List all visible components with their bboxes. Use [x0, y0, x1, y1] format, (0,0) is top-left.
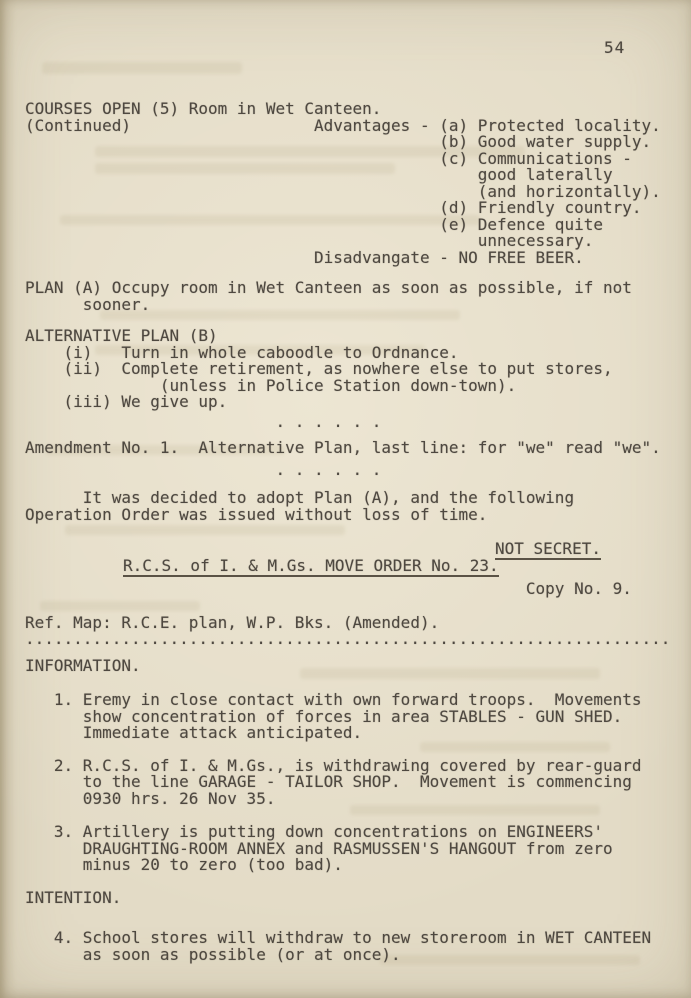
not-secret-text: NOT SECRET. — [495, 539, 601, 560]
intention-heading: INTENTION. — [25, 890, 685, 907]
intention-item-4-line-2: as soon as possible (or at once). — [25, 947, 685, 964]
section-separator-dots: . . . . . . — [25, 462, 685, 479]
plan-b-item-iii: (iii) We give up. — [25, 394, 685, 411]
scanned-document-page: { "page_number": "54", "colors": { "pape… — [0, 0, 691, 998]
decision-line-2: Operation Order was issued without loss … — [25, 507, 685, 524]
document-body: COURSES OPEN (5) Room in Wet Canteen. (C… — [25, 101, 685, 963]
info-item-2-line-3: 0930 hrs. 26 Nov 35. — [25, 791, 685, 808]
info-item-3-line-3: minus 20 to zero (too bad). — [25, 857, 685, 874]
plan-a-line-2: sooner. — [25, 297, 685, 314]
page-number: 54 — [604, 38, 625, 57]
info-item-1-line-3: Immediate attack anticipated. — [25, 725, 685, 742]
information-heading: INFORMATION. — [25, 658, 685, 675]
bleed-through-artifact — [42, 62, 242, 74]
copy-number-line: Copy No. 9. — [25, 581, 685, 598]
amendment-line: Amendment No. 1. Alternative Plan, last … — [25, 440, 685, 457]
dotted-rule: ........................................… — [25, 631, 685, 648]
section-separator-dots: . . . . . . — [25, 414, 685, 431]
disadvantage-line: Disadvangate - NO FREE BEER. — [25, 250, 685, 267]
move-order-title-text: R.C.S. of I. & M.Gs. MOVE ORDER No. 23. — [123, 556, 499, 577]
